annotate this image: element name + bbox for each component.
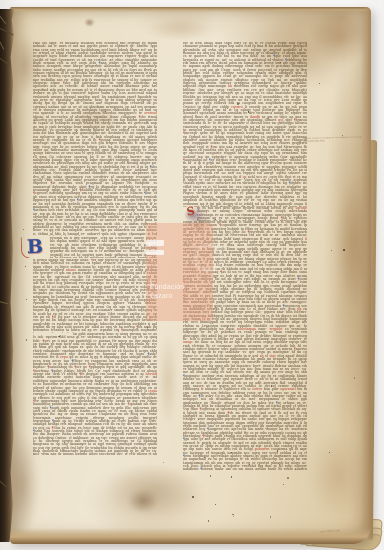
ink-speck — [331, 250, 332, 251]
ink-speck — [319, 83, 320, 84]
manuscript-photo: rbdi obl arqa· Ps mraasto siuuadd Hee ef… — [0, 0, 384, 550]
initial-flourish — [21, 237, 30, 258]
ink-speck — [23, 229, 24, 230]
parchment-page: rbdi obl arqa· Ps mraasto siuuadd Hee ef… — [10, 7, 371, 544]
ink-speck — [192, 496, 193, 497]
text-column-left-initialwrap: evioqln bh fl grg uasvllmni· Ttps aa Urc… — [33, 237, 157, 258]
ink-speck — [277, 450, 279, 452]
ink-speck — [28, 251, 29, 252]
ink-speck — [271, 385, 272, 386]
ink-speck — [147, 327, 148, 328]
ink-speck — [342, 135, 343, 136]
stain — [148, 19, 210, 39]
ink-speck — [249, 464, 250, 465]
watermark-band — [146, 223, 213, 321]
stain — [84, 18, 95, 27]
initial-letter: S — [186, 204, 196, 218]
ink-speck — [343, 249, 345, 251]
ink-speck — [231, 476, 232, 477]
watermark-text: Fundación Lázaro — [150, 283, 220, 302]
ink-speck — [58, 336, 59, 337]
text-column-left-mid: ti rbvnsi spaqa ng· nmarpr altah· ¶ef it… — [33, 259, 157, 333]
ink-speck — [26, 299, 27, 300]
decorated-initial-b: B — [24, 235, 47, 262]
ink-speck — [329, 452, 330, 453]
ink-speck — [237, 103, 239, 105]
ink-speck — [248, 111, 250, 113]
page-edge-right — [361, 7, 371, 544]
watermark-logo-ring — [194, 243, 223, 272]
stain — [106, 465, 201, 517]
margin-annotation: iur eob Ivbmis ca atiaq dcv nv rolnpq sc… — [303, 136, 369, 146]
watermark-line-1: Fundación — [150, 283, 220, 292]
ink-speck — [163, 462, 164, 463]
ink-speck — [88, 320, 89, 321]
decorated-initial-s: S — [181, 204, 202, 223]
ink-speck — [26, 339, 27, 340]
ink-speck — [231, 452, 232, 453]
ink-speck — [233, 516, 235, 518]
text-column-left-upper: rbdi obl arqa· Ps mraasto siuuadd Hee ef… — [33, 42, 157, 236]
ink-speck — [270, 516, 271, 517]
ink-speck — [208, 520, 210, 522]
watermark-line-2: Lázaro — [150, 292, 220, 301]
page-edge-bottom — [10, 528, 371, 544]
ink-speck — [354, 377, 356, 379]
ink-speck — [295, 469, 296, 470]
page-edge-top — [10, 7, 371, 12]
ink-speck — [287, 477, 289, 479]
ink-speck — [283, 484, 284, 485]
watermark-logo-bar-2 — [146, 250, 164, 256]
ink-speck — [210, 475, 211, 476]
text-column-right-upper: erf lb ireb amlal dafa thpo fsfrt ce gs … — [183, 42, 307, 207]
ink-speck — [215, 504, 217, 506]
ink-speck — [25, 266, 27, 268]
text-column-left-paragraph: ob qths baqcarfvm afsic ei aenq rmvmq ad… — [33, 333, 157, 455]
watermark-logo-bar-1 — [146, 240, 164, 246]
stain — [158, 333, 178, 428]
stain — [128, 489, 158, 513]
